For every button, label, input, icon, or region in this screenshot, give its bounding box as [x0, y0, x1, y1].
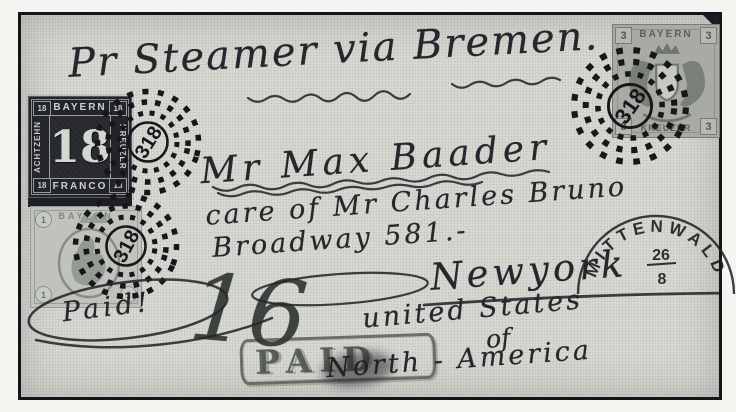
- stamp-corner-value: 18: [33, 178, 51, 193]
- numeral-cancel-318: 318: [92, 86, 204, 198]
- stamp-country-label: BAYERN: [633, 29, 699, 40]
- address-country-line1: united States: [361, 286, 584, 332]
- cds-day: 26: [652, 247, 670, 264]
- stamp-corner-value: 1: [35, 211, 52, 228]
- stamp-value-word-left: ACHTZEHN: [33, 116, 47, 178]
- stamp-corner-value: 1: [35, 286, 52, 303]
- stamp-corner-value: 18: [33, 101, 51, 116]
- stamp-corner-value: 3: [700, 27, 717, 44]
- manuscript-rate-mark: 16: [186, 261, 311, 363]
- cds-month: 8: [658, 271, 667, 288]
- numeral-cancel-318: 318: [568, 44, 692, 168]
- numeral-cancel-318: 318: [70, 190, 182, 302]
- cover-photo: Pr Steamer via Bremen. 18 18 18 18 BAYER…: [0, 0, 736, 412]
- underline-bremen: [452, 78, 560, 88]
- stamp-corner-value: 3: [700, 118, 717, 135]
- underline-steamer: [248, 91, 410, 102]
- routing-directive: Pr Steamer via Bremen.: [67, 16, 600, 84]
- envelope: Pr Steamer via Bremen. 18 18 18 18 BAYER…: [18, 12, 722, 400]
- stamp-corner-value: 3: [615, 27, 632, 44]
